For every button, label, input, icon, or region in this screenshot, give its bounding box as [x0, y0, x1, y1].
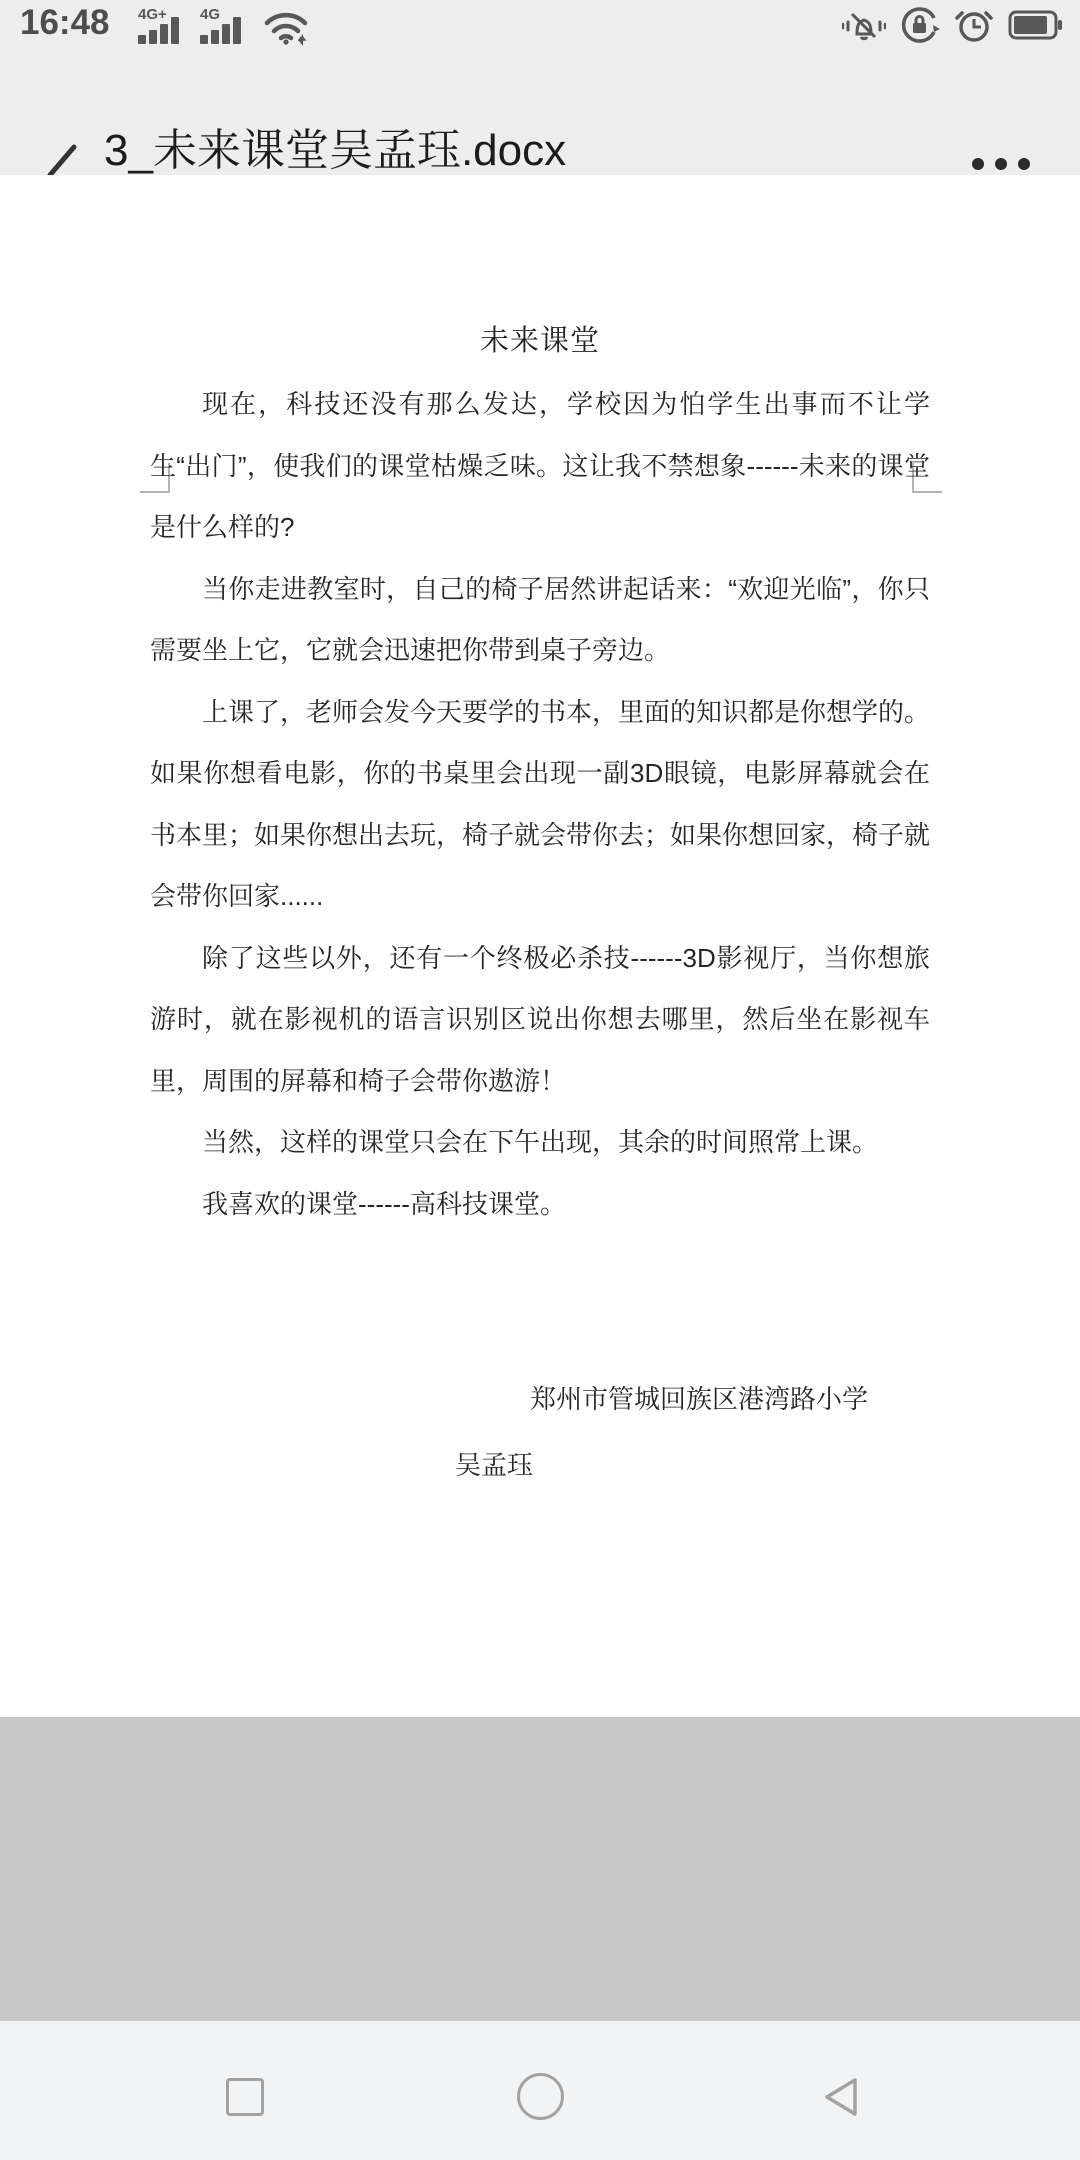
status-left-icons: 4G+ 4G: [138, 8, 314, 46]
back-triangle-icon[interactable]: [818, 2076, 864, 2118]
more-menu-button[interactable]: [966, 152, 1036, 176]
home-circle-icon[interactable]: [517, 2073, 564, 2120]
clock-time: 16:48: [20, 3, 110, 43]
preview-header: 3_未来课堂吴孟珏.docx 文件预览: [0, 48, 1080, 175]
essay-paragraph: 我喜欢的课堂------高科技课堂。: [150, 1174, 930, 1236]
system-nav-bar: [0, 2021, 1080, 2160]
essay-paragraph: 除了这些以外，还有一个终极必杀技------3D影视厅，当你想旅游时，就在影视机…: [150, 928, 930, 1113]
below-page-background: [0, 1717, 1080, 2021]
cell-signal-4gplus-icon: 4G+: [138, 8, 190, 46]
cell-signal-4g-icon: 4G: [200, 8, 252, 46]
essay-body: 现在，科技还没有那么发达，学校因为怕学生出事而不让学生“出门”，使我们的课堂枯燥…: [150, 374, 930, 1235]
essay-title: 未来课堂: [0, 318, 1080, 359]
signature-school: 郑州市管城回族区港湾路小学: [530, 1379, 868, 1416]
status-right-icons: [842, 6, 1064, 44]
signature-author: 吴孟珏: [455, 1445, 533, 1482]
phone-screen: 16:48 4G+ 4G: [0, 0, 1080, 2160]
vibrate-icon: [842, 6, 886, 44]
more-dots-icon: [972, 158, 984, 170]
essay-paragraph: 上课了，老师会发今天要学的书本，里面的知识都是你想学的。如果你想看电影，你的书桌…: [150, 682, 930, 928]
status-bar: 16:48 4G+ 4G: [0, 0, 1080, 48]
rotation-lock-icon: [900, 6, 940, 44]
essay-paragraph: 现在，科技还没有那么发达，学校因为怕学生出事而不让学生“出门”，使我们的课堂枯燥…: [150, 374, 930, 559]
essay-paragraph: 当然，这样的课堂只会在下午出现，其余的时间照常上课。: [150, 1112, 930, 1174]
essay-paragraph: 当你走进教室时，自己的椅子居然讲起话来：“欢迎光临”，你只需要坐上它，它就会迅速…: [150, 559, 930, 682]
alarm-icon: [954, 6, 994, 44]
recents-square-icon[interactable]: [226, 2078, 264, 2116]
battery-icon: [1008, 6, 1064, 44]
wifi-icon: [262, 8, 314, 46]
file-title: 3_未来课堂吴孟珏.docx: [104, 114, 904, 178]
